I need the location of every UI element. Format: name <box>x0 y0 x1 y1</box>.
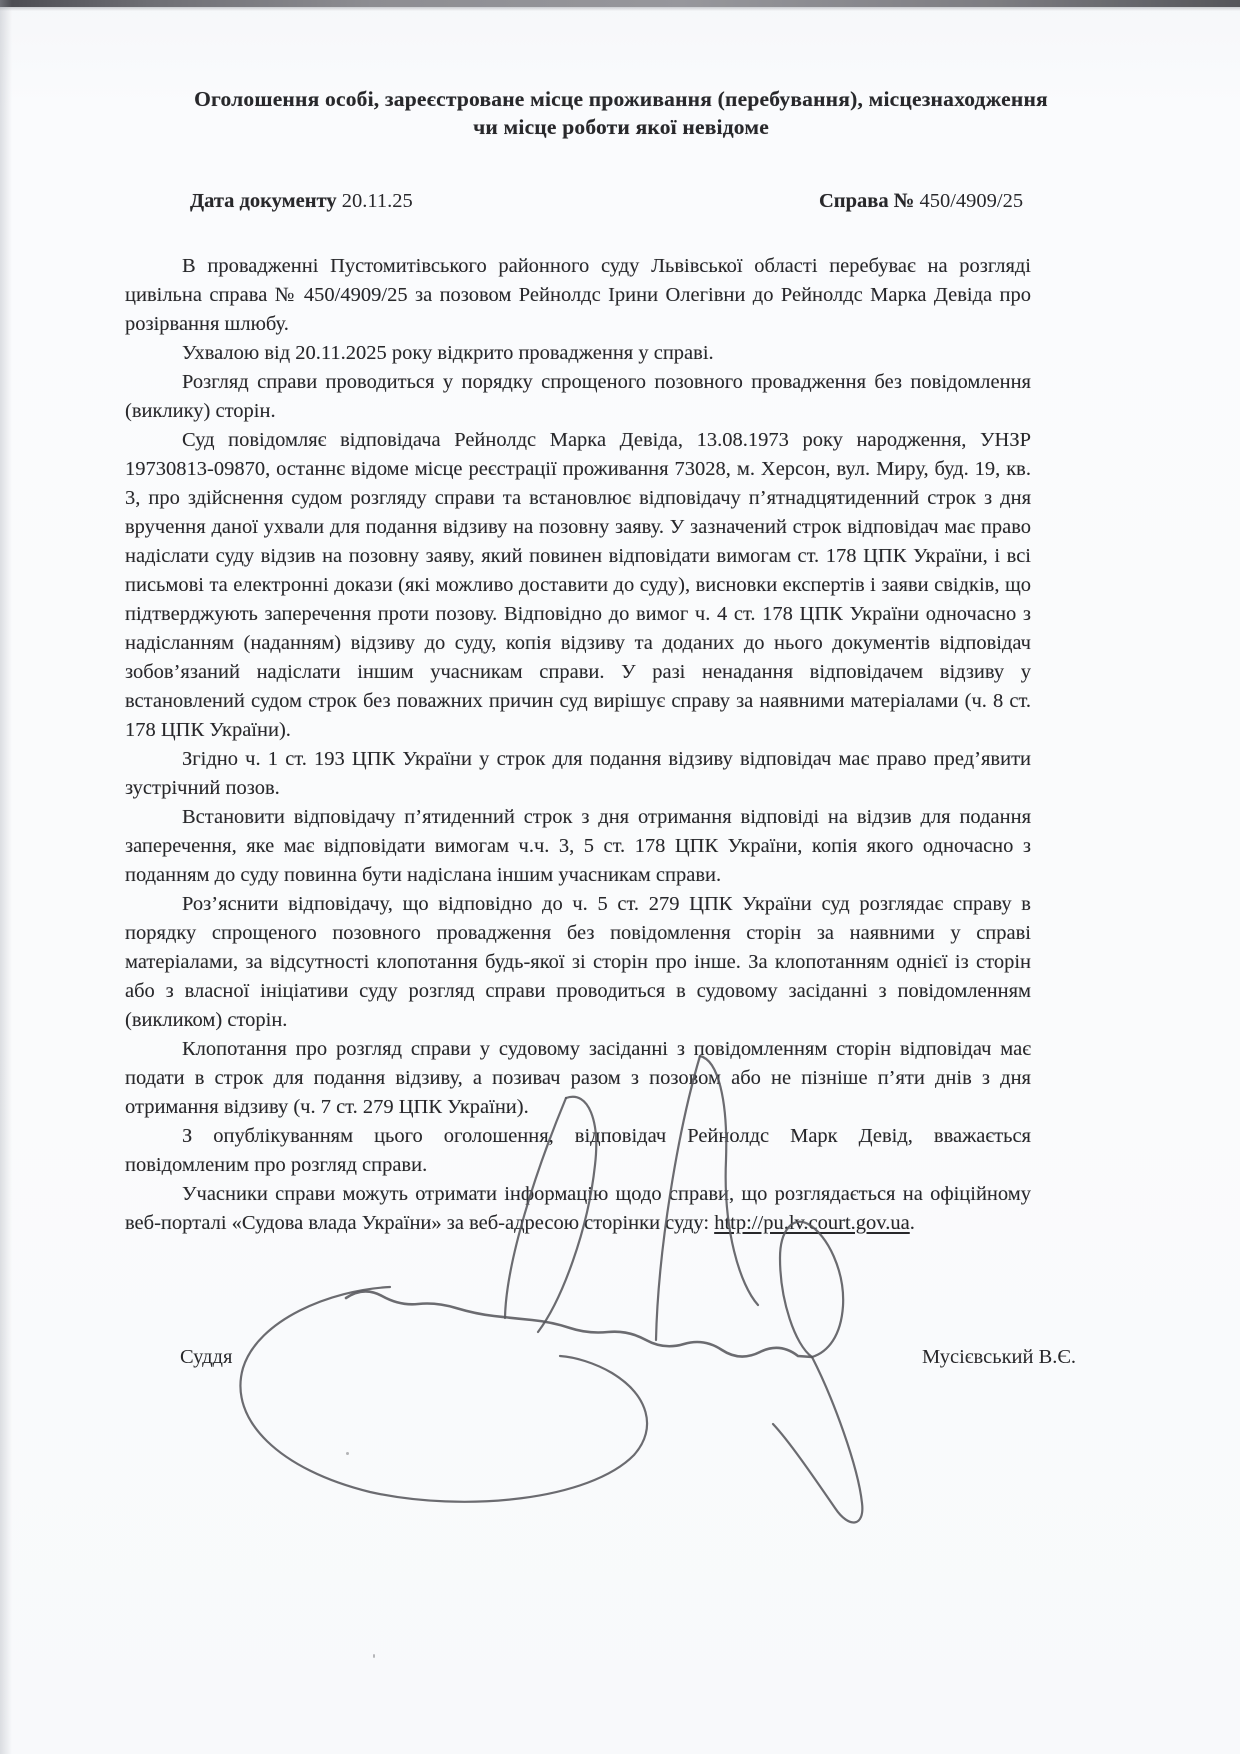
signature-stroke-tail <box>773 1357 862 1522</box>
body-paragraph: Роз’яснити відповідачу, що відповідно до… <box>125 890 1031 1035</box>
document-title: Оголошення особі, зареєстроване місце пр… <box>56 86 1186 141</box>
scan-top-edge-artifact <box>0 0 1240 7</box>
case-number-label: Справа № <box>819 190 914 212</box>
scan-speck <box>373 1654 375 1658</box>
document-date-value: 20.11.25 <box>342 190 413 212</box>
scan-top-edge-fade <box>0 7 1240 11</box>
court-url-link: http://pu.lv.court.gov.ua <box>714 1212 909 1234</box>
body-paragraph: Згідно ч. 1 ст. 193 ЦПК України у строк … <box>125 745 1031 803</box>
body-paragraph: Учасники справи можуть отримати інформац… <box>125 1180 1031 1238</box>
judge-role-label: Суддя <box>180 1346 232 1369</box>
document-body: В провадженні Пустомитівського районного… <box>125 252 1031 1238</box>
signature-stroke-zigzag <box>346 1291 812 1357</box>
document-title-line1: Оголошення особі, зареєстроване місце пр… <box>56 86 1186 114</box>
case-number-value: 450/4909/25 <box>919 190 1023 212</box>
body-paragraph: Встановити відповідачу п’ятиденний строк… <box>125 803 1031 890</box>
body-paragraph: З опублікуванням цього оголошення, відпо… <box>125 1122 1031 1180</box>
signature-stroke-left-ellipse <box>240 1287 647 1502</box>
document-date-label: Дата документу <box>190 190 337 212</box>
court-url-period: . <box>910 1212 915 1234</box>
body-paragraph: Ухвалою від 20.11.2025 року відкрито про… <box>125 339 1031 368</box>
body-paragraph: В провадженні Пустомитівського районного… <box>125 252 1031 339</box>
document-date: Дата документу 20.11.25 <box>190 190 413 213</box>
case-number: Справа № 450/4909/25 <box>819 190 1023 213</box>
document-title-line2: чи місце роботи якої невідоме <box>56 114 1186 142</box>
body-paragraph: Суд повідомляє відповідача Рейнолдс Марк… <box>125 426 1031 745</box>
scanned-court-document-page: Оголошення особі, зареєстроване місце пр… <box>0 0 1240 1754</box>
scan-speck <box>346 1452 349 1455</box>
body-paragraph: Клопотання про розгляд справи у судовому… <box>125 1035 1031 1122</box>
judge-name: Мусієвський В.Є. <box>922 1346 1076 1369</box>
body-paragraph: Розгляд справи проводиться у порядку спр… <box>125 368 1031 426</box>
signature-stroke-balloon <box>780 1222 843 1357</box>
scan-left-edge-artifact <box>0 0 12 1754</box>
